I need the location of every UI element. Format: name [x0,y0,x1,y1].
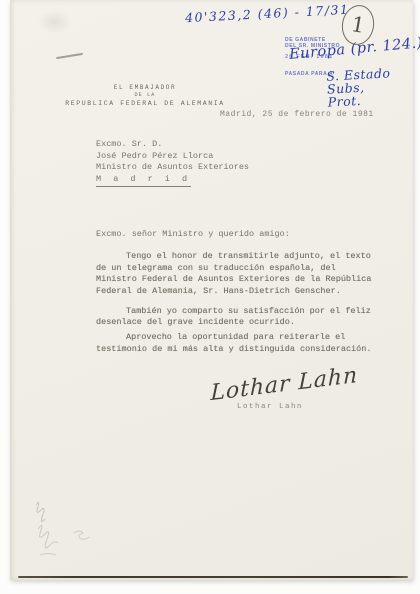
handwritten-routing-annotation: S. Estado Subs, Prot. [326,66,392,108]
scanned-letter: 40'323,2 (46) - 17/31 1 DE GABINETE DEL … [0,0,420,594]
body-paragraph-3: Aprovecho la oportunidad para reiterarle… [96,332,378,355]
dateline: Madrid, 25 de febrero de 1981 [220,110,374,119]
addressee-block: Excmo. Sr. D. José Pedro Pérez Llorca Mi… [96,139,249,187]
body-paragraph-1: Tengo el honor de transmitirle adjunto, … [96,251,378,297]
addressee-city: M a d r i d [96,174,191,187]
letter-page: 40'323,2 (46) - 17/31 1 DE GABINETE DEL … [10,0,413,580]
pencil-dash-mark [56,53,83,59]
salutation: Excmo. señor Ministro y querido amigo: [96,229,290,239]
addressee-name: José Pedro Pérez Llorca [96,151,249,163]
body-paragraph-2: También yo comparto su satisfacción por … [96,306,378,329]
letter-body: Tengo el honor de transmitirle adjunto, … [96,251,378,355]
letterhead-subtitle: DE LA [50,92,240,99]
letterhead-country: REPUBLICA FEDERAL DE ALEMANIA [50,99,240,108]
addressee-title: Ministro de Asuntos Exteriores [96,162,249,174]
pencil-scribbles [28,495,118,565]
routing-line-3: Prot. [327,92,392,108]
paper-smudge [38,10,72,34]
signature-typed-name: Lothar Lahn [237,403,303,411]
registry-number-annotation: 40'323,2 (46) - 17/31 [185,2,350,26]
signature-handwritten: Lothar Lahn [210,363,358,406]
letterhead: EL EMBAJADOR DE LA REPUBLICA FEDERAL DE … [50,84,240,108]
page-number: 1 [349,12,366,38]
paper-bottom-edge [18,576,408,579]
addressee-honorific: Excmo. Sr. D. [96,139,249,151]
letterhead-title: EL EMBAJADOR [50,84,240,92]
